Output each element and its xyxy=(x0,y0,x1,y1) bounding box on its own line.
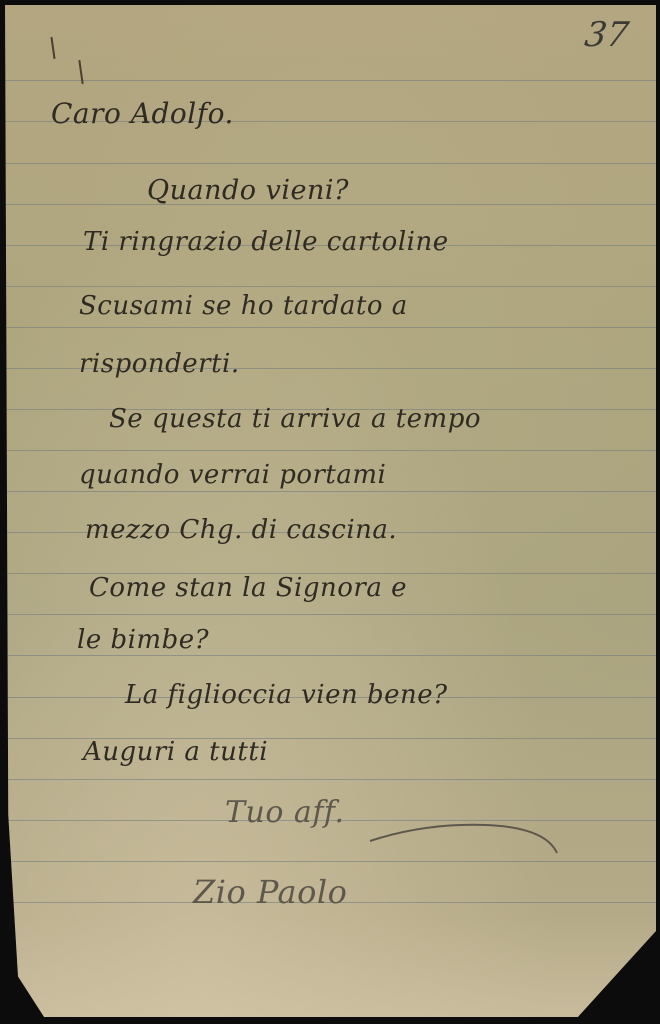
letter-line: Come stan la Signora e xyxy=(89,573,407,603)
ruled-line xyxy=(5,491,656,492)
letter-page: 37 Caro Adolfo. Quando vieni? Ti ringraz… xyxy=(5,5,656,1017)
ruled-line xyxy=(5,655,656,656)
ruled-line xyxy=(5,163,656,164)
ruled-line xyxy=(5,286,656,287)
letter-line: quando verrai portami xyxy=(79,460,386,490)
signature: Zio Paolo xyxy=(193,873,347,911)
letter-line: le bimbe? xyxy=(77,625,209,655)
letter-line: Se questa ti arriva a tempo xyxy=(109,404,481,434)
letter-line: mezzo Chg. di cascina. xyxy=(85,515,397,545)
ruled-line xyxy=(5,450,656,451)
margin-mark xyxy=(50,37,55,59)
signature-flourish-icon xyxy=(365,813,565,873)
letter-line: Scusami se ho tardato a xyxy=(79,291,408,321)
letter-line: Ti ringrazio delle cartoline xyxy=(83,227,449,257)
ruled-line xyxy=(5,779,656,780)
letter-line: risponderti. xyxy=(79,349,240,379)
letter-line: Quando vieni? xyxy=(147,175,349,206)
ruled-line xyxy=(5,80,656,81)
letter-line: La figlioccia vien bene? xyxy=(125,680,448,710)
ruled-line xyxy=(5,327,656,328)
page-number: 37 xyxy=(582,15,631,55)
letter-line: Auguri a tutti xyxy=(83,737,268,767)
salutation: Caro Adolfo. xyxy=(51,97,234,130)
ruled-line xyxy=(5,614,656,615)
closing: Tuo aff. xyxy=(225,795,345,830)
